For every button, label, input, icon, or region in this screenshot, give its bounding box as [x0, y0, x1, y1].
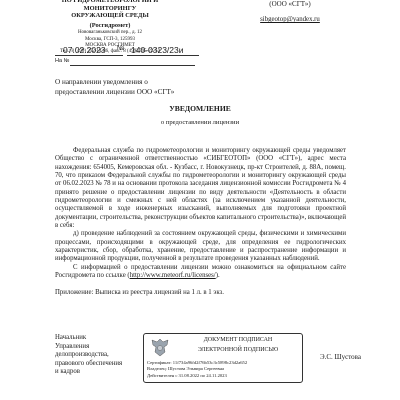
signer-name: Э.С. Шустова: [320, 353, 361, 361]
document-body: Федеральная служба по гидрометеорологии …: [55, 147, 346, 297]
para3-suffix: ).: [216, 272, 220, 279]
document-date: 07.02.2023: [55, 45, 123, 56]
position-line: Начальник: [55, 334, 122, 343]
position-line: правового обеспечения: [55, 360, 122, 369]
subject-line2: предоставлении лицензии ООО «СГТ»: [55, 87, 174, 97]
stamp-title-1: ДОКУМЕНТ ПОДПИСАН: [174, 337, 302, 343]
subject-line1: О направлении уведомления о: [55, 77, 174, 87]
signer-position: Начальник Управления делопроизводства, п…: [55, 334, 122, 377]
certificate-validity: Действителен с 31.08.2022 по 24.11.2023: [147, 373, 247, 379]
position-line: делопроизводства,: [55, 351, 122, 360]
org-name-line1: ПО ГИДРОМЕТЕОРОЛОГИИ И МОНИТОРИНГУ: [40, 0, 180, 12]
subject: О направлении уведомления о предоставлен…: [55, 77, 174, 97]
position-line: и кадров: [55, 368, 122, 377]
double-headed-eagle-emblem-icon: [148, 336, 172, 358]
body-paragraph-1: Федеральная служба по гидрометеорологии …: [55, 147, 346, 230]
stamp-title-2: ЭЛЕКТРОННОЙ ПОДПИСЬЮ: [174, 347, 302, 353]
document-number: 140-0323/23и: [127, 45, 199, 56]
reply-to-label: На №: [55, 58, 69, 64]
licenses-link[interactable]: http://www.meteorf.ru/licenses/: [130, 272, 216, 279]
document-title: УВЕДОМЛЕНИЕ: [0, 104, 400, 113]
attachment-note: Приложение: Выписка из реестра лицензий …: [55, 289, 346, 297]
recipient-email-link[interactable]: sibgeotop@yandex.ru: [230, 15, 350, 24]
body-paragraph-2: д) проведение наблюдений за состоянием о…: [55, 230, 346, 263]
org-name-line2: ОКРУЖАЮЩЕЙ СРЕДЫ: [40, 12, 180, 20]
number-label: №: [117, 45, 125, 52]
stamp-details: Сертификат: 11f734a96fd2f76b53c3c5898c23…: [147, 360, 247, 379]
position-line: Управления: [55, 343, 122, 352]
body-paragraph-3: С информацией о предоставлении лицензии …: [55, 264, 346, 281]
document-subtitle: о предоставлении лицензии: [0, 119, 400, 126]
recipient-name: (ООО «СГТ»): [230, 0, 350, 9]
org-short-name: (Росгидромет): [40, 22, 180, 30]
recipient-block: (ООО «СГТ») sibgeotop@yandex.ru: [230, 0, 350, 24]
reply-to-line: [70, 65, 195, 66]
electronic-signature-stamp: ДОКУМЕНТ ПОДПИСАН ЭЛЕКТРОННОЙ ПОДПИСЬЮ С…: [143, 333, 303, 383]
